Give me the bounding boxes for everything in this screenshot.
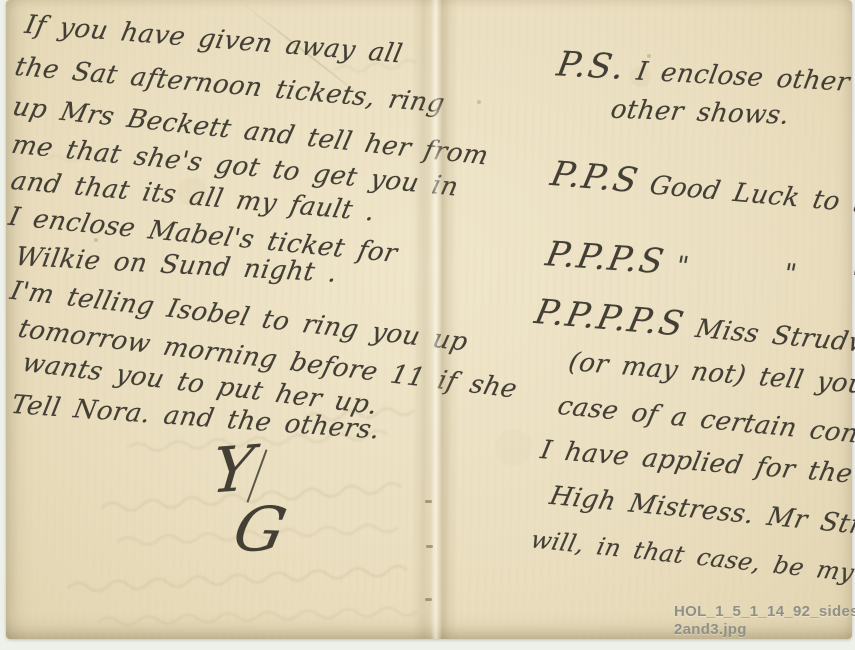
postscript-text: will, in that case, be my secretary — [528, 526, 855, 601]
postscript-text: other shows. — [609, 95, 792, 131]
binding-stitch — [425, 500, 432, 503]
postscript-label: P.P.S — [547, 154, 643, 201]
watermark-line: 2and3.jpg — [674, 621, 855, 639]
binding-stitch — [425, 598, 432, 601]
notebook-open-pages: If you have given away all the Sat after… — [6, 0, 852, 639]
signature-initial: G — [228, 496, 291, 562]
filename-watermark: HOL_1_5_1_14_92_sides 2and3.jpg — [674, 603, 855, 639]
letter-scan: If you have given away all the Sat after… — [0, 0, 855, 650]
watermark-line: HOL_1_5_1_14_92_sides — [674, 603, 855, 621]
